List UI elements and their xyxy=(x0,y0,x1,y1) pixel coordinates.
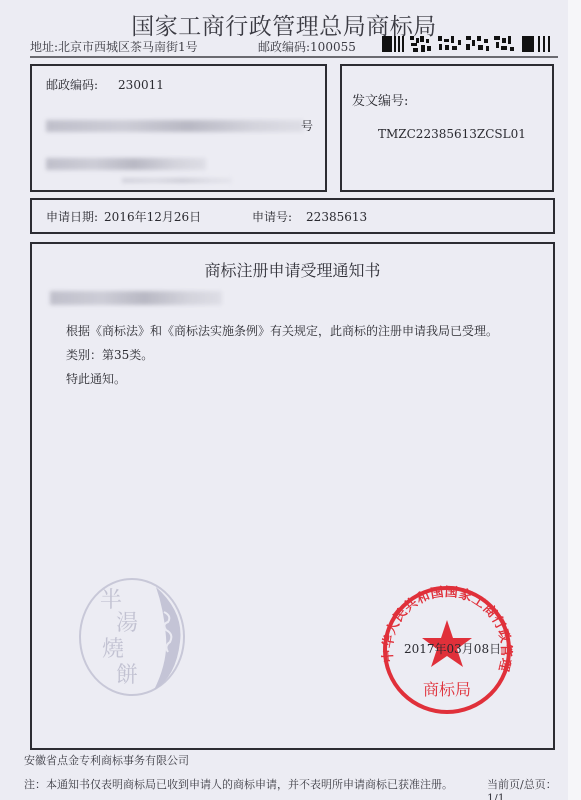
footer-note: 注：本通知书仅表明商标局已收到申请人的商标申请，并不表明所申请商标已获准注册。 xyxy=(24,776,453,792)
seal-date: 2017年03月08日 xyxy=(404,640,501,657)
svg-text:餅: 餅 xyxy=(116,663,138,688)
document-number-label: 发文编号: xyxy=(352,90,408,109)
svg-text:中华人民共和国国家工商行政管理总局: 中华人民共和国国家工商行政管理总局 xyxy=(372,580,514,674)
application-date: 申请日期:2016年12月26日 xyxy=(46,208,201,225)
trademark-image: 半 湯 燒 餅 xyxy=(72,572,192,702)
redaction-smear xyxy=(122,178,232,183)
recipient-name-redacted xyxy=(46,158,206,170)
svg-text:半: 半 xyxy=(100,588,122,613)
application-number: 申请号:22385613 xyxy=(252,208,367,225)
notice-document: 国家工商行政管理总局商标局 地址:北京市西城区茶马南街1号 邮政编码:10005… xyxy=(0,0,568,800)
notice-body-text: 根据《商标法》和《商标法实施条例》有关规定，此商标的注册申请我局已受理。 xyxy=(66,322,498,339)
application-info-box: 申请日期:2016年12月26日 申请号:22385613 xyxy=(30,198,555,234)
addressee-redacted xyxy=(50,291,222,305)
document-number-value: TMZC22385613ZCSL01 xyxy=(378,127,526,141)
svg-text:燒: 燒 xyxy=(102,637,124,662)
recipient-address-redacted xyxy=(46,120,304,132)
issuer-address: 地址:北京市西城区茶马南街1号 xyxy=(30,38,198,55)
notice-closing: 特此通知。 xyxy=(66,370,126,387)
notice-title: 商标注册申请受理通知书 xyxy=(32,258,553,281)
svg-text:商标局: 商标局 xyxy=(423,680,471,699)
header-divider xyxy=(30,56,558,58)
document-number-box: 发文编号: TMZC22385613ZCSL01 xyxy=(340,64,554,192)
scan-edge xyxy=(568,0,581,800)
recipient-address-suffix: 号 xyxy=(301,117,313,134)
notice-category: 类别：第35类。 xyxy=(66,346,153,363)
agency-name: 安徽省点金专利商标事务有限公司 xyxy=(24,752,189,768)
barcode-icon xyxy=(382,36,558,52)
recipient-box: 邮政编码:230011 号 xyxy=(30,64,327,192)
issuer-postal-code: 邮政编码:100055 xyxy=(258,38,356,55)
page-indicator: 当前页/总页：1/1 xyxy=(487,776,568,800)
recipient-postal-code: 邮政编码:230011 xyxy=(46,76,164,93)
svg-text:湯: 湯 xyxy=(116,611,138,636)
